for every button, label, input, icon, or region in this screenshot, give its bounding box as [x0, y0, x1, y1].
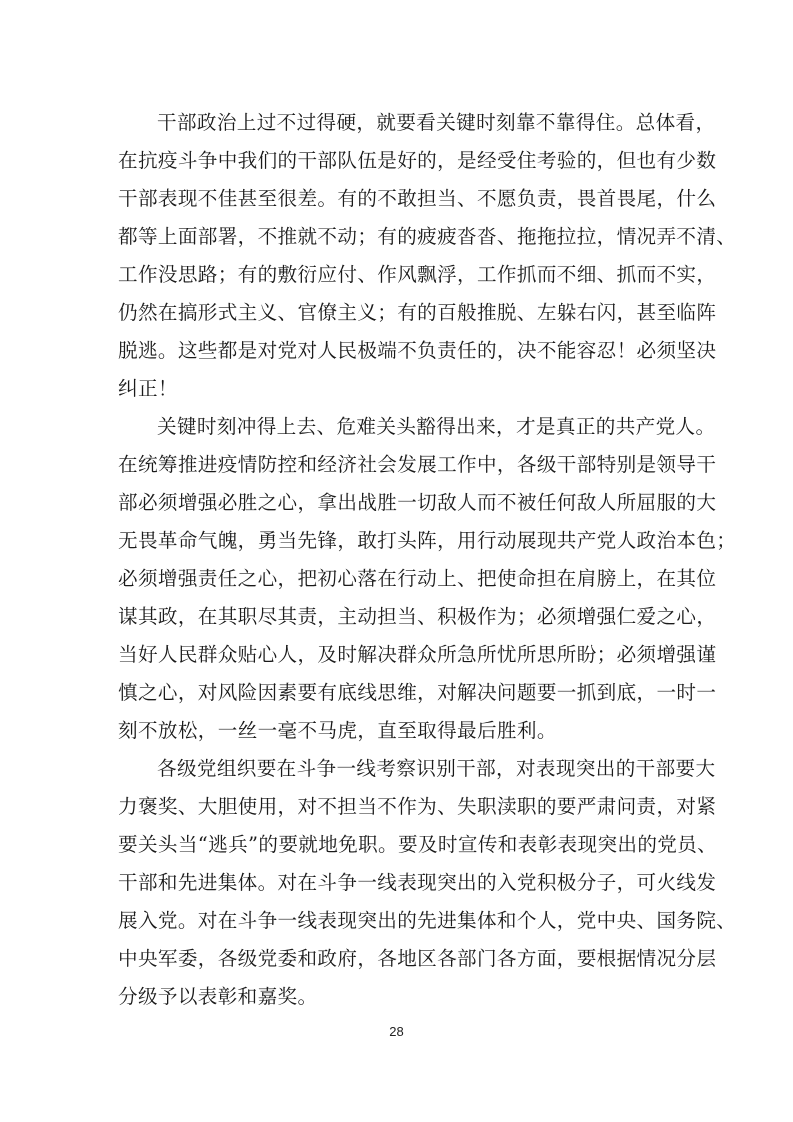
text-line: 展入党。对在斗争一线表现突出的先进集体和个人，党中央、国务院、 — [118, 902, 678, 940]
paragraph-3: 各级党组织要在斗争一线考察识别干部，对表现突出的干部要大 力褒奖、大胆使用，对不… — [118, 750, 678, 1016]
text-line: 慎之心，对风险因素要有底线思维，对解决问题要一抓到底，一时一 — [118, 674, 678, 712]
text-line: 各级党组织要在斗争一线考察识别干部，对表现突出的干部要大 — [118, 750, 678, 788]
text-line: 谋其政，在其职尽其责，主动担当、积极作为；必须增强仁爱之心， — [118, 598, 678, 636]
text-line: 工作没思路；有的敷衍应付、作风飘浮，工作抓而不细、抓而不实， — [118, 256, 678, 294]
paragraph-1: 干部政治上过不过得硬，就要看关键时刻靠不靠得住。总体看， 在抗疫斗争中我们的干部… — [118, 104, 678, 408]
text-line: 部必须增强必胜之心，拿出战胜一切敌人而不被任何敌人所屈服的大 — [118, 484, 678, 522]
page-number: 28 — [0, 1024, 793, 1039]
text-line: 在抗疫斗争中我们的干部队伍是好的，是经受住考验的，但也有少数 — [118, 142, 678, 180]
text-line: 仍然在搞形式主义、官僚主义；有的百般推脱、左躲右闪，甚至临阵 — [118, 294, 678, 332]
text-line: 干部政治上过不过得硬，就要看关键时刻靠不靠得住。总体看， — [118, 104, 678, 142]
text-line: 刻不放松，一丝一毫不马虎，直至取得最后胜利。 — [118, 712, 678, 750]
text-line: 干部和先进集体。对在斗争一线表现突出的入党积极分子，可火线发 — [118, 864, 678, 902]
text-line: 无畏革命气魄，勇当先锋，敢打头阵，用行动展现共产党人政治本色； — [118, 522, 678, 560]
text-line: 关键时刻冲得上去、危难关头豁得出来，才是真正的共产党人。 — [118, 408, 678, 446]
text-line: 分级予以表彰和嘉奖。 — [118, 978, 678, 1016]
text-line: 必须增强责任之心，把初心落在行动上、把使命担在肩膀上，在其位 — [118, 560, 678, 598]
text-line: 纠正！ — [118, 370, 678, 408]
document-body: 干部政治上过不过得硬，就要看关键时刻靠不靠得住。总体看， 在抗疫斗争中我们的干部… — [118, 104, 678, 1016]
text-line: 当好人民群众贴心人，及时解决群众所急所忧所思所盼；必须增强谨 — [118, 636, 678, 674]
text-line: 要关头当“逃兵”的要就地免职。要及时宣传和表彰表现突出的党员、 — [118, 826, 678, 864]
text-line: 在统筹推进疫情防控和经济社会发展工作中，各级干部特别是领导干 — [118, 446, 678, 484]
text-line: 脱逃。这些都是对党对人民极端不负责任的，决不能容忍！必须坚决 — [118, 332, 678, 370]
text-line: 中央军委，各级党委和政府，各地区各部门各方面，要根据情况分层 — [118, 940, 678, 978]
text-line: 干部表现不佳甚至很差。有的不敢担当、不愿负责，畏首畏尾，什么 — [118, 180, 678, 218]
text-line: 力褒奖、大胆使用，对不担当不作为、失职渎职的要严肃问责，对紧 — [118, 788, 678, 826]
document-page: 干部政治上过不过得硬，就要看关键时刻靠不靠得住。总体看， 在抗疫斗争中我们的干部… — [0, 0, 793, 1122]
paragraph-2: 关键时刻冲得上去、危难关头豁得出来，才是真正的共产党人。 在统筹推进疫情防控和经… — [118, 408, 678, 750]
text-line: 都等上面部署，不推就不动；有的疲疲沓沓、拖拖拉拉，情况弄不清、 — [118, 218, 678, 256]
